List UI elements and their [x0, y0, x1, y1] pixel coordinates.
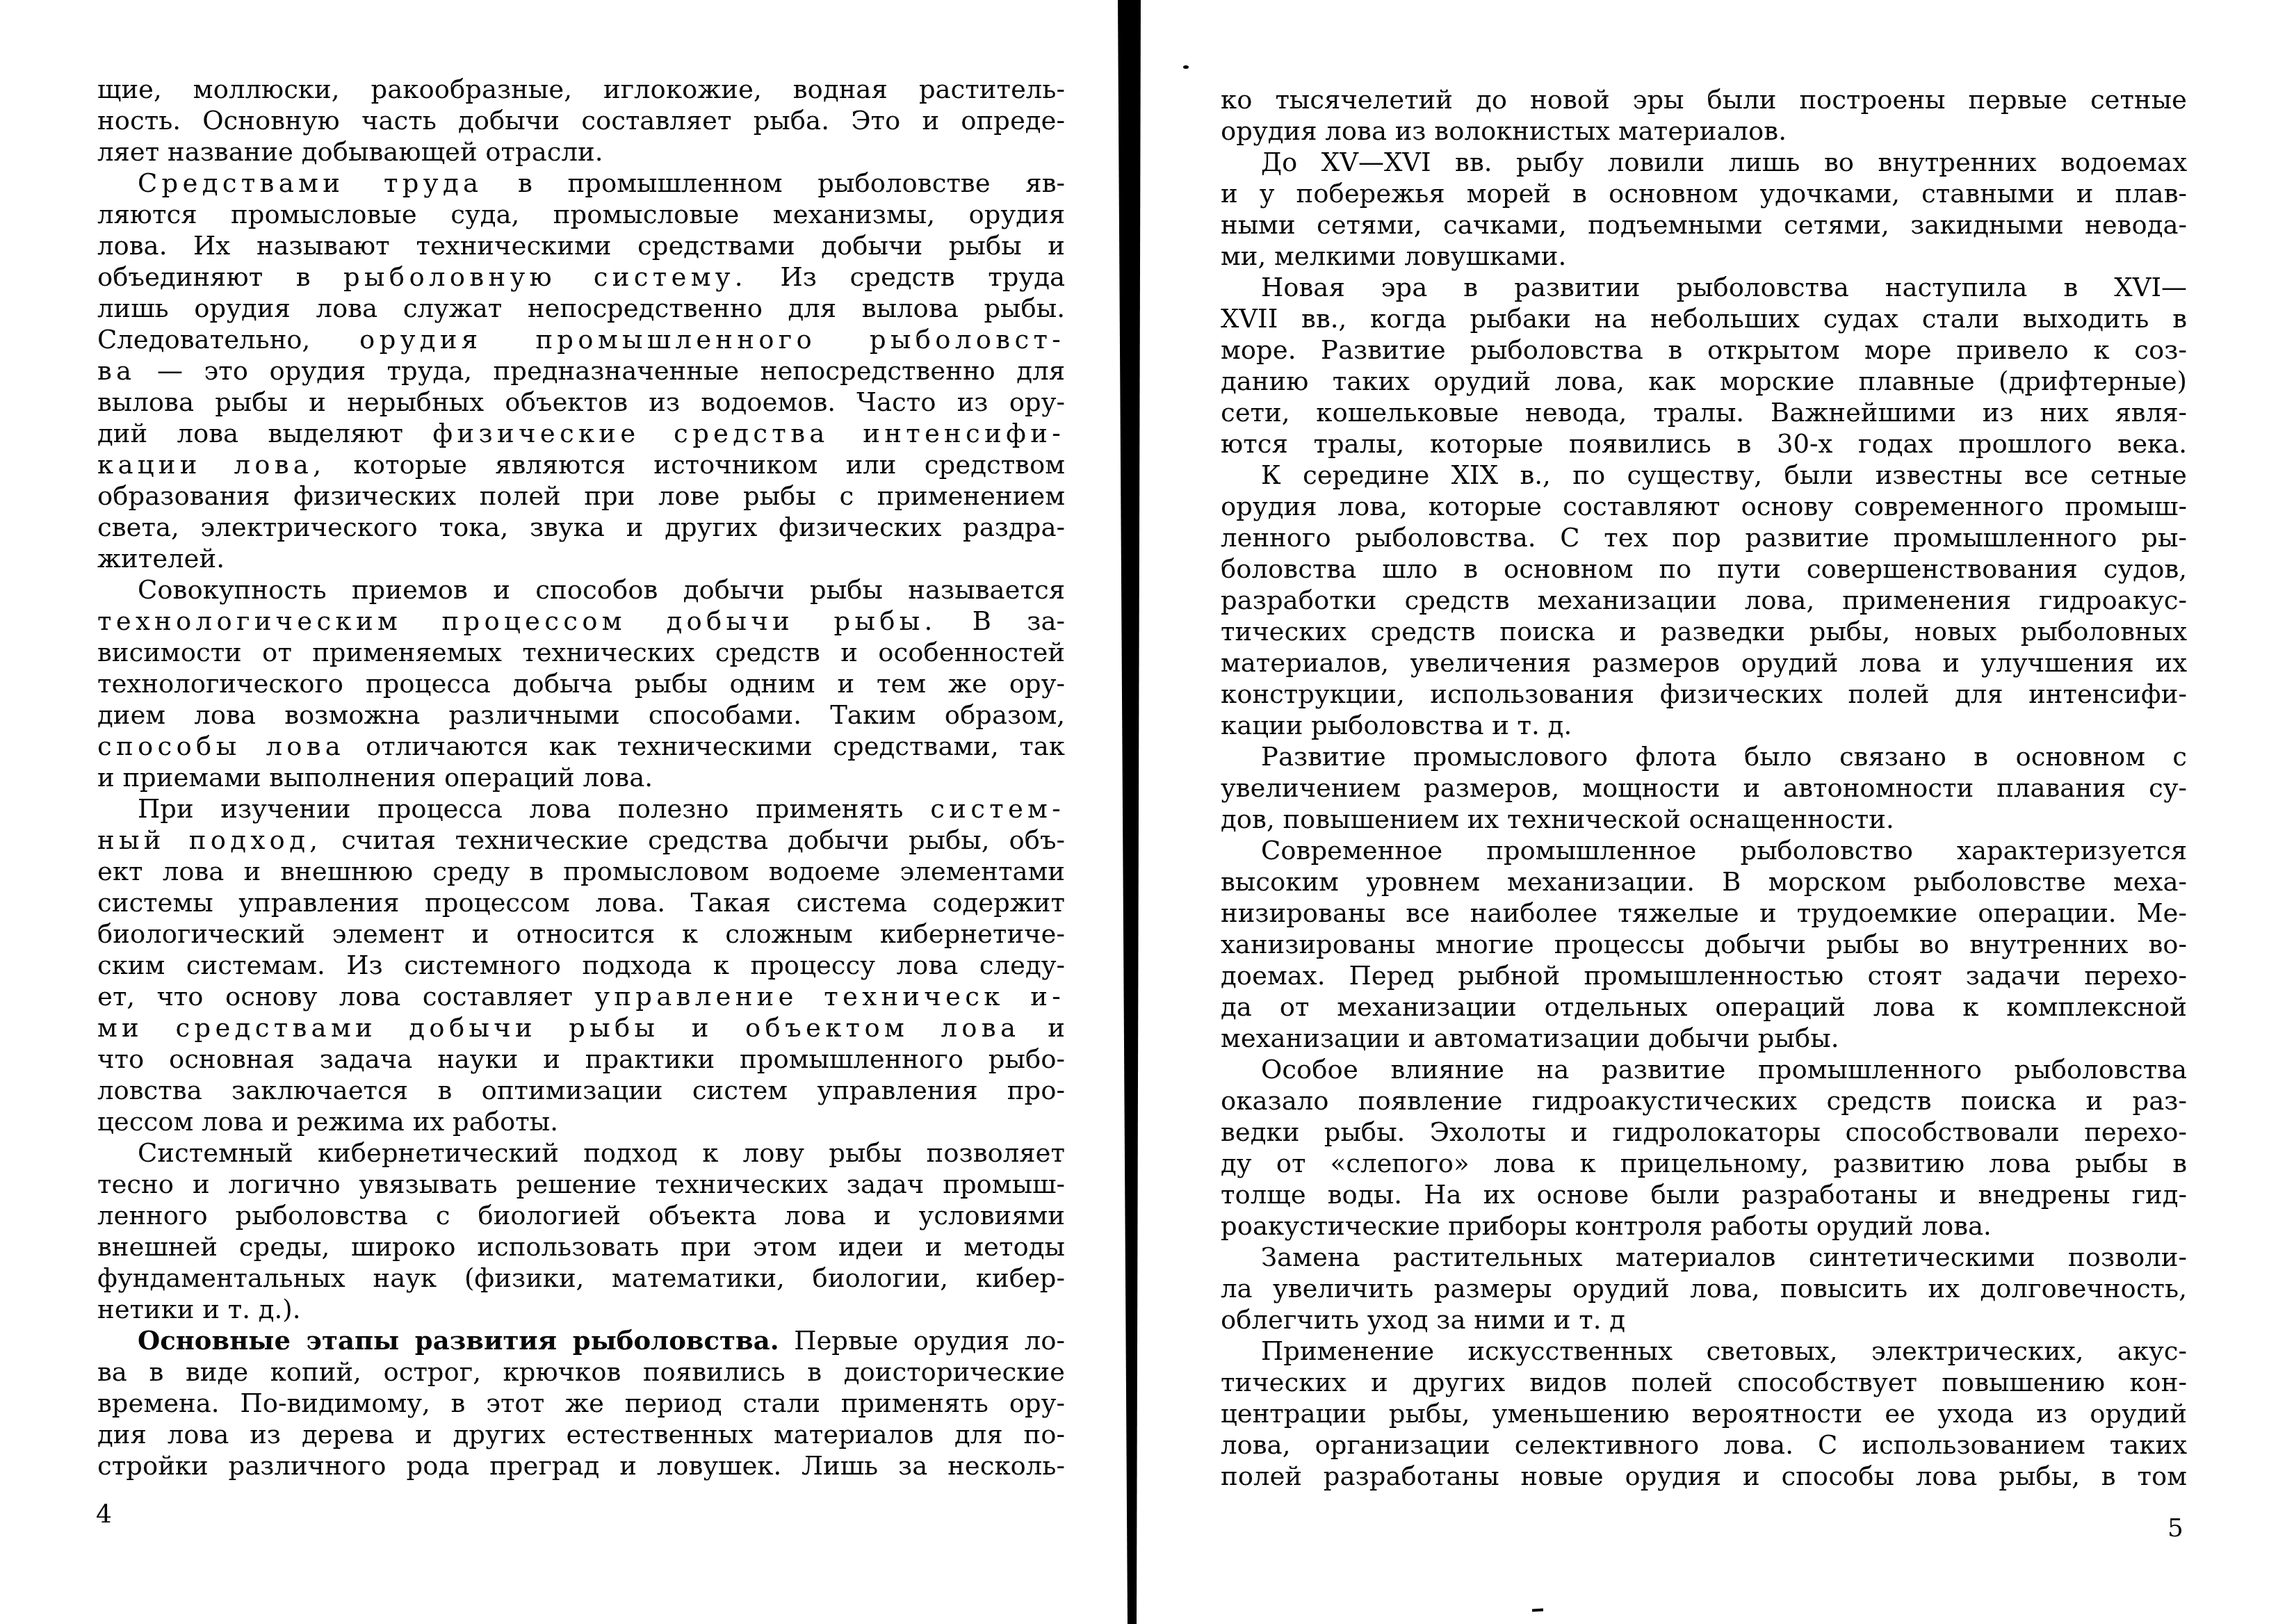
text-line: ляет название добывающей отрасли. [97, 136, 1065, 168]
text-run: биологический элемент и относится к слож… [97, 919, 1065, 949]
text-run: тических средств поиска и разведки рыбы,… [1221, 617, 2187, 647]
text-run: лова, организации селективного лова. С и… [1221, 1430, 2187, 1460]
text-line: системы управления процессом лова. Такая… [97, 887, 1065, 918]
text-run: ведки рыбы. Эхолоты и гидролокаторы спос… [1221, 1117, 2187, 1147]
page-left-text-block: щие, моллюски, ракообразные, иглокожие, … [97, 74, 1065, 1481]
text-line: ляются промысловые суда, промысловые мех… [97, 199, 1065, 230]
text-line: дий лова выделяют физические средства ин… [97, 418, 1065, 449]
text-run: орудия лова, которые составляют основу с… [1221, 492, 2187, 521]
page-right-text-block: ко тысячелетий до новой эры были построе… [1221, 84, 2187, 1492]
text-line: Развитие промыслового флота было связано… [1221, 741, 2187, 772]
text-line: Новая эра в развитии рыболовства наступи… [1221, 272, 2187, 303]
text-line: ла увеличить размеры орудий лова, повыси… [1221, 1273, 2187, 1304]
text-run: ским системам. Из системного подхода к п… [97, 950, 1065, 980]
text-run: жителей. [97, 544, 225, 574]
text-run: Следовательно, [97, 325, 359, 355]
letterspaced-run: ный подход, [97, 825, 322, 855]
text-line: лишь орудия лова служат непосредственно … [97, 293, 1065, 324]
letterspaced-run: управление техническ и- [594, 982, 1065, 1012]
text-run: и [1020, 1013, 1065, 1043]
text-line: ведки рыбы. Эхолоты и гидролокаторы спос… [1221, 1116, 2187, 1148]
text-run: XVII вв., когда рыбаки на небольших суда… [1221, 304, 2187, 334]
text-run: низированы все наиболее тяжелые и трудое… [1221, 898, 2187, 928]
text-line: низированы все наиболее тяжелые и трудое… [1221, 898, 2187, 929]
text-run: внешней среды, широко использовать при э… [97, 1232, 1065, 1262]
letterspaced-run: технологическим процессом добычи рыбы. [97, 606, 937, 636]
text-run: висимости от применяемых технических сре… [97, 638, 1065, 667]
text-line: технологическим процессом добычи рыбы. В… [97, 606, 1065, 637]
text-line: объединяют в рыболовную систему. Из сред… [97, 261, 1065, 293]
text-run: центрации рыбы, уменьшению вероятности е… [1221, 1399, 2187, 1429]
text-run: ляются промысловые суда, промысловые мех… [97, 200, 1065, 229]
text-line: высоким уровнем механизации. В морском р… [1221, 866, 2187, 898]
text-run: щие, моллюски, ракообразные, иглокожие, … [97, 74, 1065, 104]
text-run: стройки различного рода преград и ловуше… [97, 1451, 1065, 1481]
text-line: да от механизации отдельных операций лов… [1221, 991, 2187, 1023]
text-line: Системный кибернетический подход к лову … [97, 1137, 1065, 1169]
letterspaced-run: кации лова, [97, 450, 325, 480]
text-line: Особое влияние на развитие промышленного… [1221, 1054, 2187, 1085]
text-run: кации рыболовства и т. д. [1221, 710, 1572, 740]
text-run: ект лова и внешнюю среду в промысловом в… [97, 856, 1065, 886]
text-line: технологического процесса добыча рыбы од… [97, 668, 1065, 699]
text-run: ляет название добывающей отрасли. [97, 137, 603, 167]
book-spine-shadow [1112, 0, 1146, 1624]
text-run: К середине XIX в., по существу, были изв… [1261, 460, 2187, 490]
text-line: внешней среды, широко использовать при э… [97, 1231, 1065, 1262]
text-run: До XV—XVI вв. рыбу ловили лишь во внутре… [1261, 147, 2187, 177]
text-line: механизации и автоматизации добычи рыбы. [1221, 1023, 2187, 1054]
text-line: облегчить уход за ними и т. д [1221, 1304, 2187, 1335]
text-line: тесно и логично увязывать решение технич… [97, 1169, 1065, 1200]
text-run: Из средств труда [747, 262, 1065, 292]
text-run: Системный кибернетический подход к лову … [138, 1138, 1065, 1168]
text-run: ко тысячелетий до новой эры были построе… [1221, 85, 2187, 115]
text-line: море. Развитие рыболовства в открытом мо… [1221, 334, 2187, 366]
text-run: Современное промышленное рыболовство хар… [1261, 836, 2187, 866]
letterspaced-run: рыболовную систему. [343, 262, 747, 292]
text-line: и приемами выполнения операций лова. [97, 762, 1065, 793]
text-run: В за- [937, 606, 1065, 636]
text-run: ва в виде копий, острог, крючков появили… [97, 1357, 1065, 1387]
text-run: ла увеличить размеры орудий лова, повыси… [1221, 1274, 2187, 1304]
text-line: времена. По-видимому, в этот же период с… [97, 1388, 1065, 1419]
text-line: ный подход, считая технические средства … [97, 825, 1065, 856]
text-run: которые являются источником или средство… [325, 450, 1065, 480]
text-run: дов, повышением их технической оснащенно… [1221, 804, 1894, 834]
page-number-right: 5 [2167, 1513, 2183, 1544]
text-run: света, электрического тока, звука и друг… [97, 512, 1065, 542]
text-line: ханизированы многие процессы добычи рыбы… [1221, 929, 2187, 960]
text-run: дием лова возможна различными способами.… [97, 700, 1065, 730]
text-line: ко тысячелетий до новой эры были построе… [1221, 84, 2187, 115]
letterspaced-run: Средствами труда [138, 168, 482, 198]
text-line: ду от «слепого» лова к прицельному, разв… [1221, 1148, 2187, 1179]
text-line: Применение искусственных световых, элект… [1221, 1335, 2187, 1367]
text-line: толще воды. На их основе были разработан… [1221, 1179, 2187, 1210]
text-line: дия лова из дерева и других естественных… [97, 1419, 1065, 1450]
text-run: нетики и т. д.). [97, 1294, 300, 1324]
text-run: Первые орудия ло- [779, 1326, 1065, 1356]
text-line: жителей. [97, 543, 1065, 574]
text-run: объединяют в [97, 262, 343, 292]
text-line: что основная задача науки и практики про… [97, 1044, 1065, 1075]
text-line: Следовательно, орудия промышленного рыбо… [97, 324, 1065, 355]
text-line: боловства шло в основном по пути соверше… [1221, 553, 2187, 585]
text-run: ловства заключается в оптимизации систем… [97, 1075, 1065, 1105]
text-line: материалов, увеличения размеров орудий л… [1221, 647, 2187, 679]
text-line: щие, моллюски, ракообразные, иглокожие, … [97, 74, 1065, 105]
text-run: считая технические средства добычи рыбы,… [322, 825, 1065, 855]
text-run: лишь орудия лова служат непосредственно … [97, 293, 1065, 323]
text-line: Современное промышленное рыболовство хар… [1221, 835, 2187, 866]
text-run: орудия лова из волокнистых материалов. [1221, 116, 1787, 146]
text-run: Новая эра в развитии рыболовства наступи… [1261, 273, 2187, 302]
text-line: ются тралы, которые появились в 30-х год… [1221, 428, 2187, 460]
text-line: и у побережья морей в основном удочками,… [1221, 178, 2187, 209]
text-run: ленного рыболовства с биологией объекта … [97, 1201, 1065, 1231]
text-run: да от механизации отдельных операций лов… [1221, 992, 2187, 1022]
text-run: Развитие промыслового флота было связано… [1261, 742, 2187, 772]
text-run: оказало появление гидроакустических сред… [1221, 1086, 2187, 1116]
text-run: ду от «слепого» лова к прицельному, разв… [1221, 1148, 2187, 1178]
text-run: море. Развитие рыболовства в открытом мо… [1221, 335, 2187, 365]
text-run: что основная задача науки и практики про… [97, 1044, 1065, 1074]
text-line: фундаментальных наук (физики, математики… [97, 1262, 1065, 1294]
text-line: увеличением размеров, мощности и автоном… [1221, 772, 2187, 804]
letterspaced-run: ми средствами добычи рыбы и объектом лов… [97, 1013, 1020, 1043]
text-line: висимости от применяемых технических сре… [97, 637, 1065, 668]
text-line: оказало появление гидроакустических сред… [1221, 1085, 2187, 1116]
text-line: полей разработаны новые орудия и способы… [1221, 1461, 2187, 1492]
text-line: ми средствами добычи рыбы и объектом лов… [97, 1012, 1065, 1044]
text-line: Средствами труда в промышленном рыболовс… [97, 168, 1065, 199]
page-left: щие, моллюски, ракообразные, иглокожие, … [97, 74, 1065, 1534]
ink-speck [1532, 1609, 1543, 1612]
text-run: отличаются как техническими средствами, … [345, 731, 1065, 761]
text-line: Замена растительных материалов синтетиче… [1221, 1242, 2187, 1273]
letterspaced-run: физические средства интенсифи- [432, 419, 1065, 448]
text-run: фундаментальных наук (физики, математики… [97, 1263, 1065, 1293]
text-run: вылова рыбы и нерыбных объектов из водое… [97, 387, 1065, 417]
text-run: разработки средств механизации лова, при… [1221, 585, 2187, 615]
text-run: дия лова из дерева и других естественных… [97, 1420, 1065, 1450]
ink-speck [1183, 65, 1189, 69]
page-right: ко тысячелетий до новой эры были построе… [1221, 84, 2187, 1544]
text-run: материалов, увеличения размеров орудий л… [1221, 648, 2187, 678]
text-run: образования физических полей при лове ры… [97, 481, 1065, 511]
page-number-left: 4 [96, 1499, 112, 1530]
text-run: в промышленном рыболовстве яв- [482, 168, 1065, 198]
text-line: разработки средств механизации лова, при… [1221, 585, 2187, 616]
text-run: конструкции, использования физических по… [1221, 679, 2187, 709]
text-line: К середине XIX в., по существу, были изв… [1221, 460, 2187, 491]
text-run: Особое влияние на развитие промышленного… [1261, 1055, 2187, 1085]
text-line: нетики и т. д.). [97, 1294, 1065, 1325]
text-run: Замена растительных материалов синтетиче… [1261, 1242, 2187, 1272]
text-run: дий лова выделяют [97, 419, 432, 448]
text-line: сети, кошельковые невода, тралы. Важнейш… [1221, 397, 2187, 428]
text-line: ность. Основную часть добычи составляет … [97, 105, 1065, 136]
text-run: цессом лова и режима их работы. [97, 1107, 558, 1137]
letterspaced-run: способы лова [97, 731, 345, 761]
text-line: дов, повышением их технической оснащенно… [1221, 804, 2187, 835]
text-line: цессом лова и режима их работы. [97, 1106, 1065, 1137]
text-run: облегчить уход за ними и т. д [1221, 1305, 1625, 1335]
text-run: высоким уровнем механизации. В морском р… [1221, 867, 2187, 897]
text-line: ми, мелкими ловушками. [1221, 241, 2187, 272]
text-line: дием лова возможна различными способами.… [97, 699, 1065, 731]
text-line: лова, организации селективного лова. С и… [1221, 1429, 2187, 1461]
letterspaced-run: систем- [930, 794, 1065, 824]
text-run: ными сетями, сачками, подъемными сетями,… [1221, 210, 2187, 240]
text-run: — это орудия труда, предназначенные непо… [136, 356, 1065, 386]
text-line: XVII вв., когда рыбаки на небольших суда… [1221, 303, 2187, 334]
text-line: данию таких орудий лова, как морские пла… [1221, 366, 2187, 397]
text-line: доемах. Перед рыбной промышленностью сто… [1221, 960, 2187, 991]
text-line: ект лова и внешнюю среду в промысловом в… [97, 856, 1065, 887]
text-line: тических средств поиска и разведки рыбы,… [1221, 616, 2187, 647]
text-line: Основные этапы развития рыболовства. Пер… [97, 1325, 1065, 1356]
text-line: кации лова, которые являются источником … [97, 449, 1065, 480]
text-line: стройки различного рода преград и ловуше… [97, 1450, 1065, 1481]
text-run: толще воды. На их основе были разработан… [1221, 1180, 2187, 1210]
text-run: данию таких орудий лова, как морские пла… [1221, 366, 2187, 396]
text-run: ются тралы, которые появились в 30-х год… [1221, 429, 2187, 459]
text-line: центрации рыбы, уменьшению вероятности е… [1221, 1398, 2187, 1429]
text-run: ет, что основу лова составляет [97, 982, 594, 1012]
text-line: ва — это орудия труда, предназначенные н… [97, 355, 1065, 387]
text-run: времена. По-видимому, в этот же период с… [97, 1388, 1065, 1418]
text-run: ханизированы многие процессы добычи рыбы… [1221, 929, 2187, 959]
text-run: Совокупность приемов и способов добычи р… [138, 575, 1065, 605]
text-line: кации рыболовства и т. д. [1221, 710, 2187, 741]
text-run: тесно и логично увязывать решение технич… [97, 1169, 1065, 1199]
text-line: способы лова отличаются как техническими… [97, 731, 1065, 762]
text-run: тических и других видов полей способству… [1221, 1367, 2187, 1397]
text-run: и приемами выполнения операций лова. [97, 763, 653, 793]
text-run: лова. Их называют техническими средствам… [97, 231, 1065, 261]
text-run: системы управления процессом лова. Такая… [97, 888, 1065, 918]
letterspaced-run: орудия промышленного рыболовст- [359, 325, 1065, 355]
text-run: ми, мелкими ловушками. [1221, 241, 1566, 271]
text-run: боловства шло в основном по пути соверше… [1221, 554, 2187, 584]
text-line: образования физических полей при лове ры… [97, 480, 1065, 512]
text-run: доемах. Перед рыбной промышленностью сто… [1221, 961, 2187, 991]
text-run: механизации и автоматизации добычи рыбы. [1221, 1023, 1839, 1053]
text-line: орудия лова из волокнистых материалов. [1221, 115, 2187, 147]
text-line: ленного рыболовства. С тех пор развитие … [1221, 522, 2187, 553]
text-line: При изучении процесса лова полезно приме… [97, 793, 1065, 825]
text-line: света, электрического тока, звука и друг… [97, 512, 1065, 543]
text-run: полей разработаны новые орудия и способы… [1221, 1461, 2187, 1491]
text-run: увеличением размеров, мощности и автоном… [1221, 773, 2187, 803]
text-run: ленного рыболовства. С тех пор развитие … [1221, 523, 2187, 553]
text-run: и у побережья морей в основном удочками,… [1221, 179, 2187, 209]
text-line: вылова рыбы и нерыбных объектов из водое… [97, 387, 1065, 418]
letterspaced-run: ва [97, 356, 136, 386]
text-run: роакустические приборы контроля работы о… [1221, 1211, 1992, 1241]
text-line: ским системам. Из системного подхода к п… [97, 950, 1065, 981]
text-line: До XV—XVI вв. рыбу ловили лишь во внутре… [1221, 147, 2187, 178]
text-run: сети, кошельковые невода, тралы. Важнейш… [1221, 398, 2187, 428]
text-line: ва в виде копий, острог, крючков появили… [97, 1356, 1065, 1388]
text-line: ленного рыболовства с биологией объекта … [97, 1200, 1065, 1231]
text-run: Применение искусственных световых, элект… [1261, 1336, 2187, 1366]
text-line: биологический элемент и относится к слож… [97, 918, 1065, 950]
text-line: ловства заключается в оптимизации систем… [97, 1075, 1065, 1106]
text-run: ность. Основную часть добычи составляет … [97, 106, 1065, 136]
text-run: технологического процесса добыча рыбы од… [97, 669, 1065, 699]
text-line: роакустические приборы контроля работы о… [1221, 1210, 2187, 1242]
text-line: конструкции, использования физических по… [1221, 679, 2187, 710]
text-line: Совокупность приемов и способов добычи р… [97, 574, 1065, 606]
text-line: ет, что основу лова составляет управлени… [97, 981, 1065, 1012]
text-line: ными сетями, сачками, подъемными сетями,… [1221, 209, 2187, 241]
text-line: лова. Их называют техническими средствам… [97, 230, 1065, 261]
text-run: При изучении процесса лова полезно приме… [138, 794, 930, 824]
text-line: орудия лова, которые составляют основу с… [1221, 491, 2187, 522]
text-line: тических и других видов полей способству… [1221, 1367, 2187, 1398]
bold-run: Основные этапы развития рыболовства. [138, 1325, 779, 1356]
